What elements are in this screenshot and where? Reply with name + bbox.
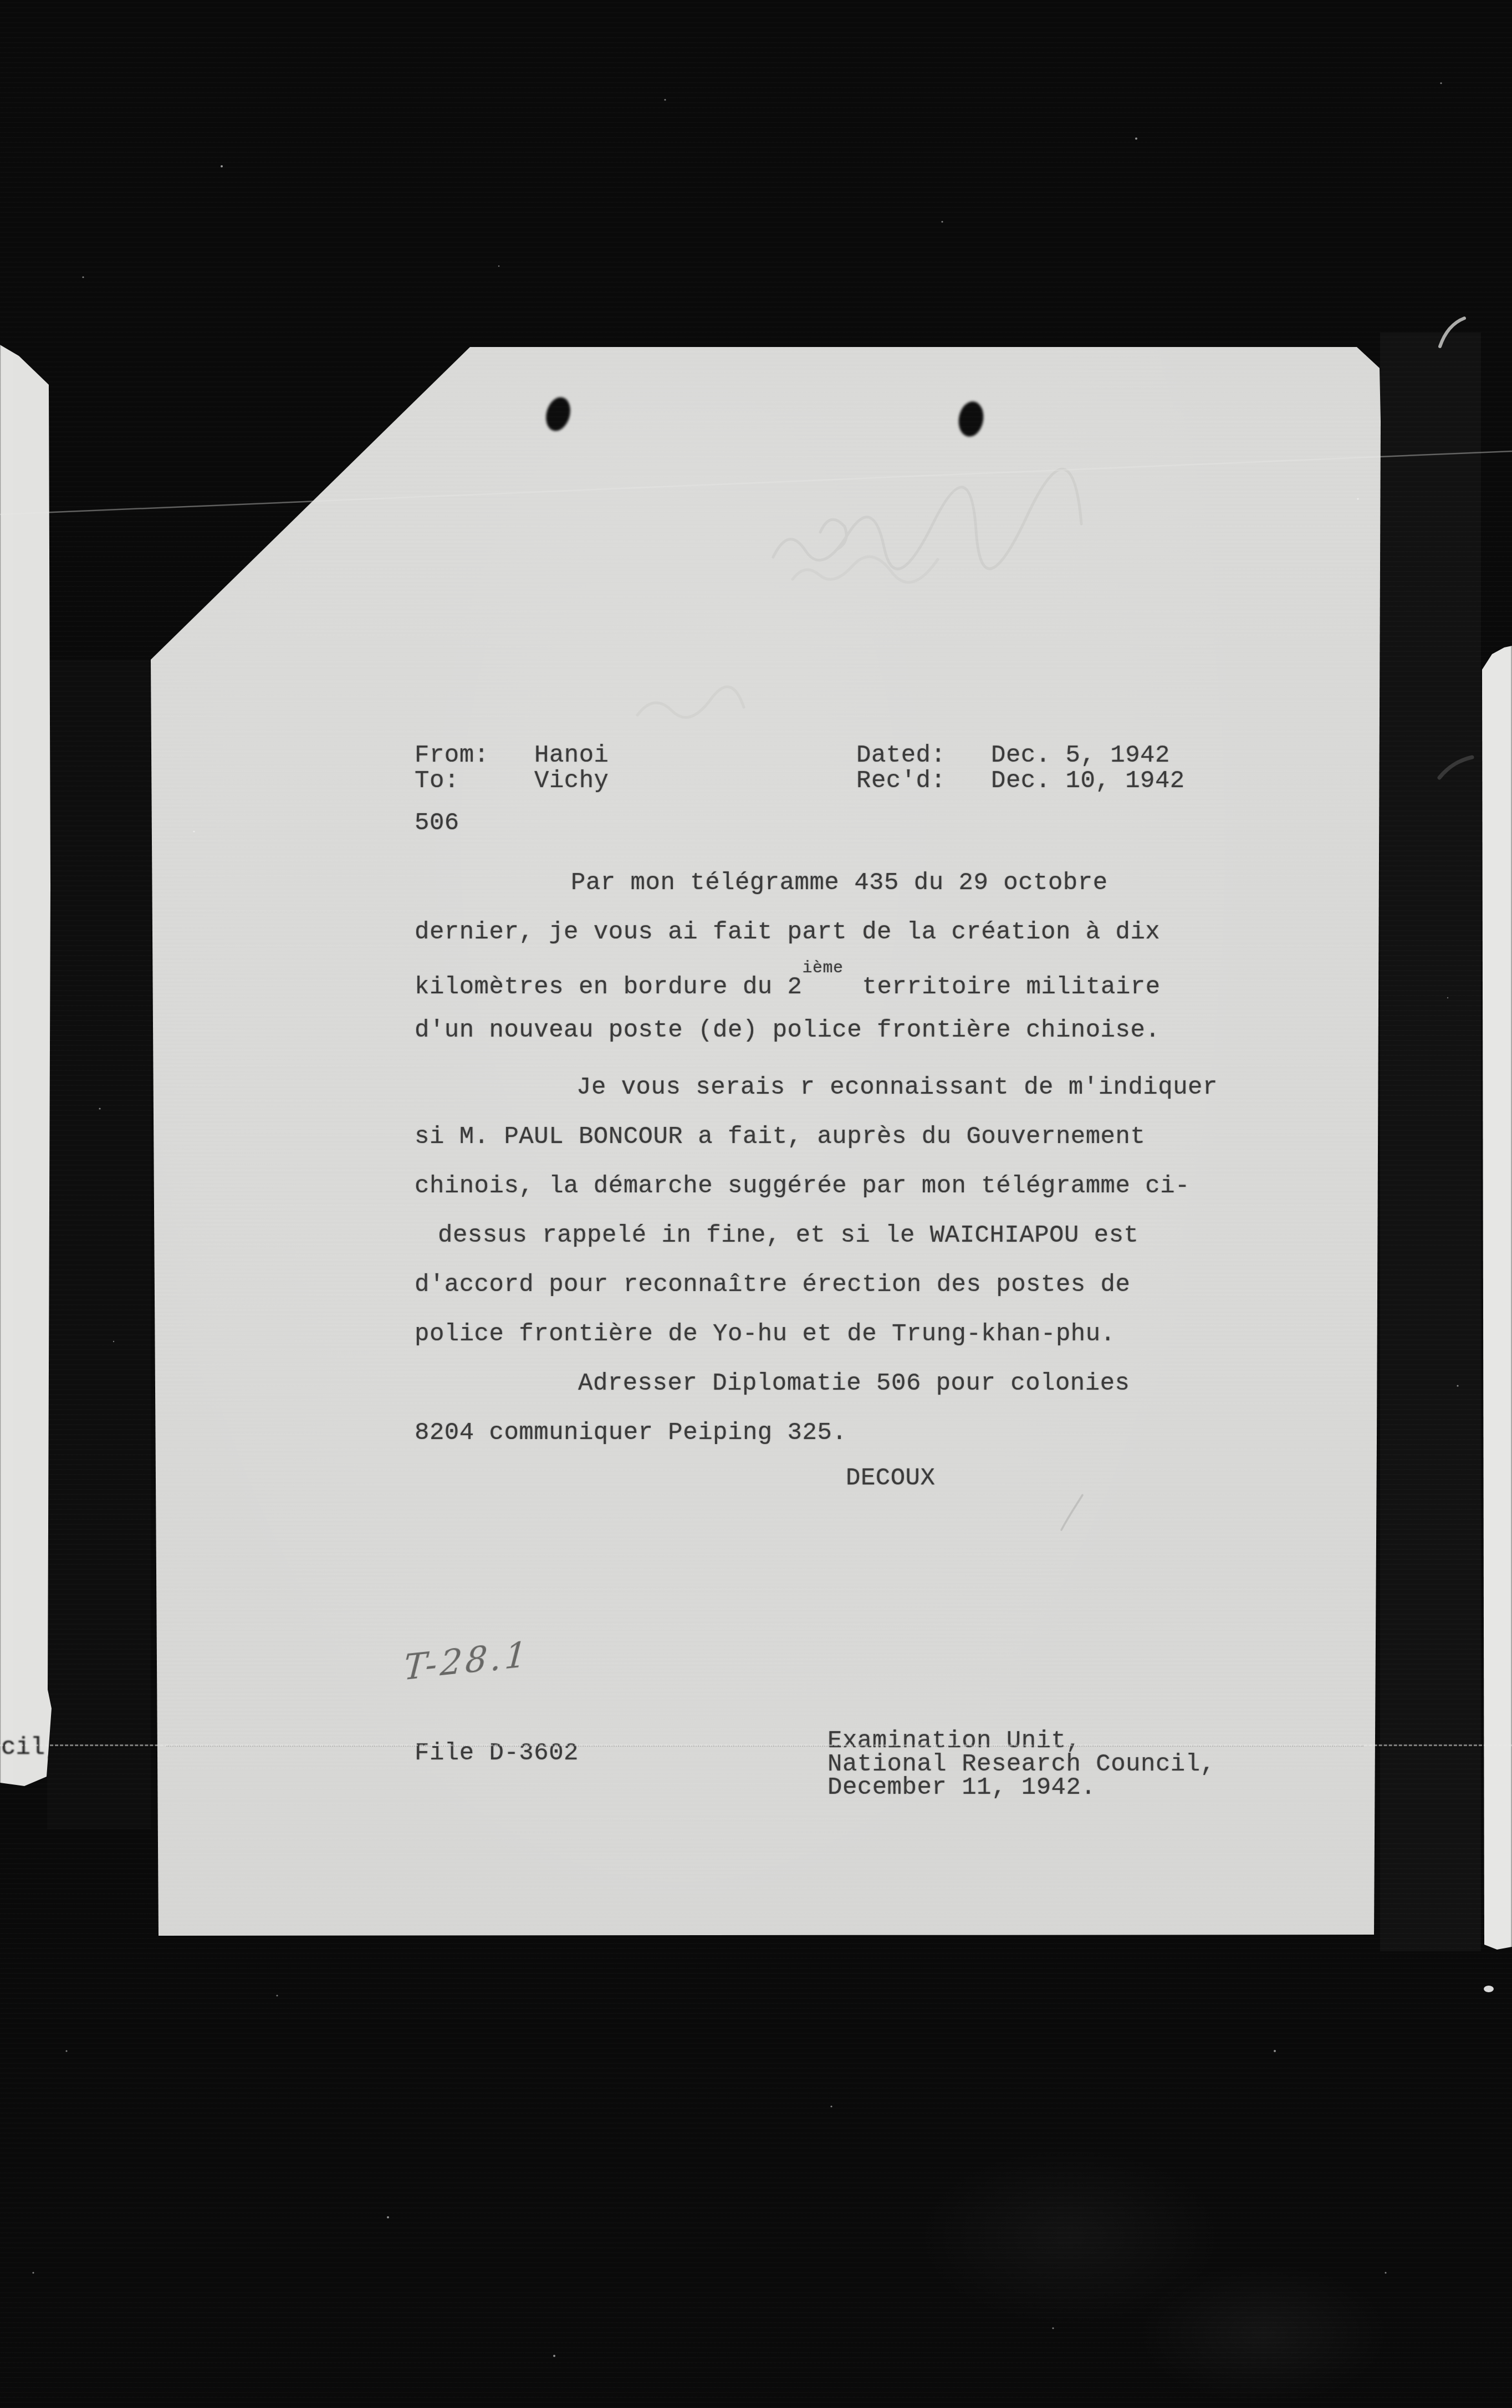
film-band-left <box>47 660 151 1829</box>
header-dated-value: Dec. 5, 1942 <box>991 743 1170 768</box>
document-page <box>0 0 1512 2408</box>
body-line: dessus rappelé in fine, et si le WAICHIA… <box>438 1223 1139 1248</box>
film-dotted-line-on-paper <box>166 1746 1363 1747</box>
signature: DECOUX <box>846 1466 935 1491</box>
film-band-right <box>1380 333 1481 1951</box>
header-to-label: To: <box>415 768 459 794</box>
body-line-superscript: kilomètres en bordure du 2ièmeterritoire… <box>415 968 1161 1000</box>
film-scratch-crescent <box>1440 318 1464 346</box>
header-to-value: Vichy <box>534 768 609 794</box>
body-line: Par mon télégramme 435 du 29 octobre <box>571 870 1108 896</box>
body-line-post: territoire militaire <box>862 973 1161 1001</box>
left-page-text-fragment: cil, <box>1 1734 60 1762</box>
body-line: dernier, je vous ai fait part de la créa… <box>415 920 1160 945</box>
body-line: Je vous serais r econnaissant de m'indiq… <box>576 1075 1218 1100</box>
microfilm-frame: cil, <box>0 0 1512 2408</box>
film-scratch-dark <box>1439 757 1472 778</box>
film-ghost-blob <box>1136 2262 1391 2406</box>
header-from-label: From: <box>415 743 489 768</box>
paper-texture <box>0 0 1512 2408</box>
ordinal-superscript: ième <box>803 959 844 978</box>
body-line-pre: kilomètres en bordure du 2 <box>415 973 803 1001</box>
header-recd-value: Dec. 10, 1942 <box>991 768 1185 794</box>
telegram-number: 506 <box>415 810 459 836</box>
body-line: si M. PAUL BONCOUR a fait, auprès du Gou… <box>415 1124 1145 1150</box>
body-line: Adresser Diplomatie 506 pour colonies <box>578 1371 1130 1396</box>
body-line: 8204 communiquer Peiping 325. <box>415 1420 847 1446</box>
exam-unit-line: December 11, 1942. <box>827 1775 1096 1800</box>
body-line: police frontière de Yo-hu et de Trung-kh… <box>415 1322 1116 1347</box>
header-from-value: Hanoi <box>534 743 609 768</box>
film-ghost-blob <box>915 2145 1225 2328</box>
body-line: d'accord pour reconnaître érection des p… <box>415 1272 1130 1298</box>
body-line: d'un nouveau poste (de) police frontière… <box>415 1018 1160 1043</box>
header-dated-label: Dated: <box>856 743 946 768</box>
header-recd-label: Rec'd: <box>856 768 946 794</box>
body-line: chinois, la démarche suggérée par mon té… <box>415 1174 1190 1199</box>
